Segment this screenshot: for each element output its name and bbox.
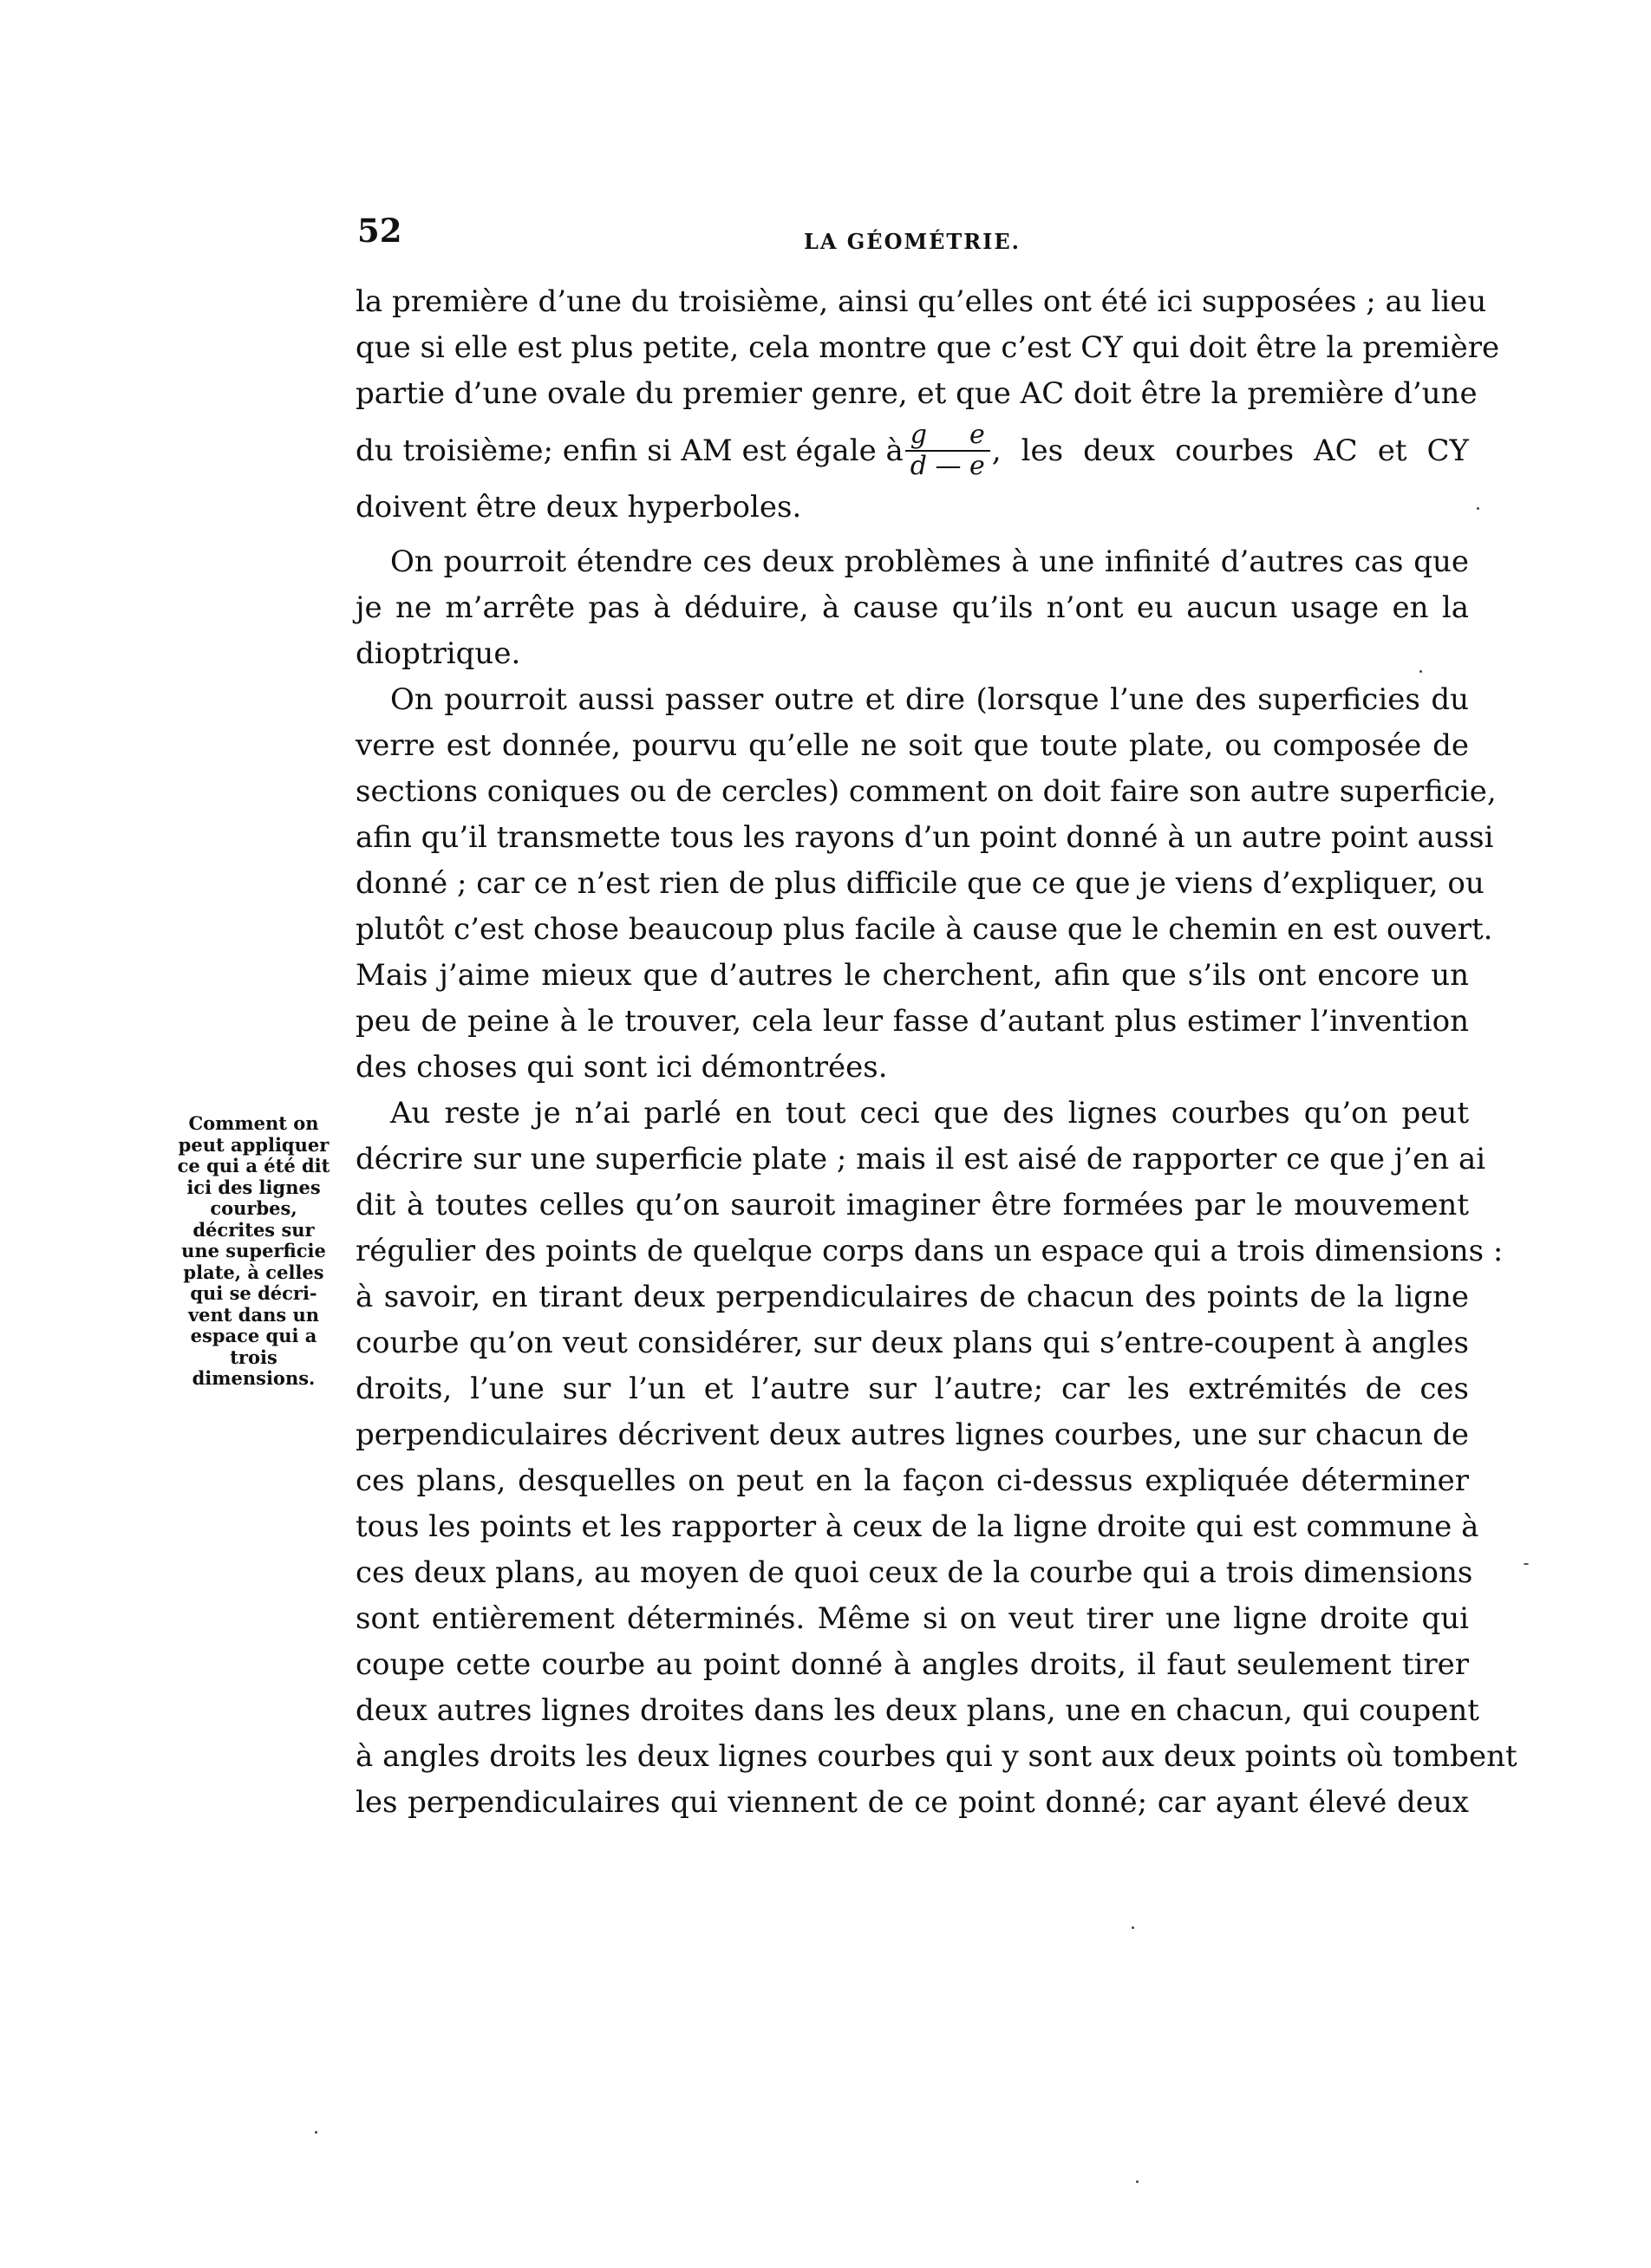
text-line: donné ; car ce n’est rien de plus diffic…: [356, 861, 1469, 907]
text-line: à angles droits les deux lignes courbes …: [356, 1734, 1469, 1780]
main-text: la première d’une du troisième, ainsi qu…: [356, 279, 1469, 1826]
margin-note-line: dimensions.: [169, 1368, 338, 1390]
text-line: partie d’une ovale du premier genre, et …: [356, 371, 1469, 417]
text-line: je ne m’arrête pas à déduire, à cause qu…: [356, 585, 1469, 631]
paragraph-start: On pourroit étendre ces deux problèmes à…: [356, 539, 1469, 585]
margin-note-line: plate, à celles: [169, 1262, 338, 1284]
paragraph-start: Au reste je n’ai parlé en tout ceci que …: [356, 1091, 1469, 1137]
text-line: verre est donnée, pourvu qu’elle ne soit…: [356, 723, 1469, 769]
text-line: dioptrique.: [356, 631, 1469, 677]
scan-speck: [1419, 670, 1422, 673]
text-line: des choses qui sont ici démontrées.: [356, 1045, 1469, 1091]
text-line: que si elle est plus petite, cela montre…: [356, 325, 1469, 371]
text-line: à savoir, en tirant deux perpendiculaire…: [356, 1274, 1469, 1320]
margin-note: Comment on peut appliquer ce qui a été d…: [169, 1113, 338, 1390]
scan-speck: [315, 2131, 317, 2134]
margin-note-line: Comment on: [169, 1113, 338, 1135]
text-line: ces deux plans, au moyen de quoi ceux de…: [356, 1550, 1469, 1596]
margin-note-line: une superficie: [169, 1241, 338, 1262]
paragraph-start: On pourroit aussi passer outre et dire (…: [356, 677, 1469, 723]
text-line: décrire sur une superficie plate ; mais …: [356, 1137, 1469, 1183]
margin-note-line: ce qui a été dit: [169, 1156, 338, 1177]
text-line: sont entièrement déterminés. Même si on …: [356, 1596, 1469, 1642]
text-line: perpendiculaires décrivent deux autres l…: [356, 1412, 1469, 1458]
text-line: droits, l’une sur l’un et l’autre sur l’…: [356, 1366, 1469, 1412]
text-line: deux autres lignes droites dans les deux…: [356, 1688, 1469, 1734]
fraction-ge-over-d-minus-e: g e d — e: [905, 420, 990, 481]
fraction-numerator: g e: [905, 420, 990, 452]
text-line-with-fraction: du troisième; enfin si AM est égale à g …: [356, 417, 1469, 485]
scan-speck: [1524, 1563, 1529, 1565]
text-line: régulier des points de quelque corps dan…: [356, 1228, 1469, 1274]
text-after-fraction: , les deux courbes AC et CY: [992, 417, 1469, 485]
text-line: peu de peine à le trouver, cela leur fas…: [356, 999, 1469, 1045]
margin-note-line: qui se décri-: [169, 1283, 338, 1305]
margin-note-line: vent dans un: [169, 1305, 338, 1326]
paragraph-gap: [356, 531, 1469, 539]
text-before-fraction: du troisième; enfin si AM est égale à: [356, 417, 904, 485]
margin-note-line: espace qui a: [169, 1326, 338, 1347]
margin-note-line: courbes,: [169, 1198, 338, 1220]
text-line: coupe cette courbe au point donné à angl…: [356, 1642, 1469, 1688]
text-line: tous les points et les rapporter à ceux …: [356, 1504, 1469, 1550]
text-line: afin qu’il transmette tous les rayons d’…: [356, 815, 1469, 861]
text-line: plutôt c’est chose beaucoup plus facile …: [356, 907, 1469, 953]
margin-note-line: ici des lignes: [169, 1177, 338, 1199]
text-line: doivent être deux hyperboles.: [356, 485, 1469, 531]
margin-note-line: trois: [169, 1347, 338, 1369]
text-line: courbe qu’on veut considérer, sur deux p…: [356, 1320, 1469, 1366]
text-line: la première d’une du troisième, ainsi qu…: [356, 279, 1469, 325]
scan-speck: [1132, 1926, 1134, 1929]
text-line: dit à toutes celles qu’on sauroit imagin…: [356, 1183, 1469, 1228]
fraction-denominator: d — e: [905, 452, 990, 481]
margin-note-line: décrites sur: [169, 1220, 338, 1242]
scan-speck: [1136, 2180, 1139, 2183]
margin-note-line: peut appliquer: [169, 1135, 338, 1157]
scan-speck: [1477, 507, 1479, 510]
running-title: LA GÉOMÉTRIE.: [0, 229, 1651, 254]
text-line: sections coniques ou de cercles) comment…: [356, 769, 1469, 815]
text-line: ces plans, desquelles on peut en la faço…: [356, 1458, 1469, 1504]
text-line: Mais j’aime mieux que d’autres le cherch…: [356, 953, 1469, 999]
text-line: les perpendiculaires qui viennent de ce …: [356, 1780, 1469, 1826]
